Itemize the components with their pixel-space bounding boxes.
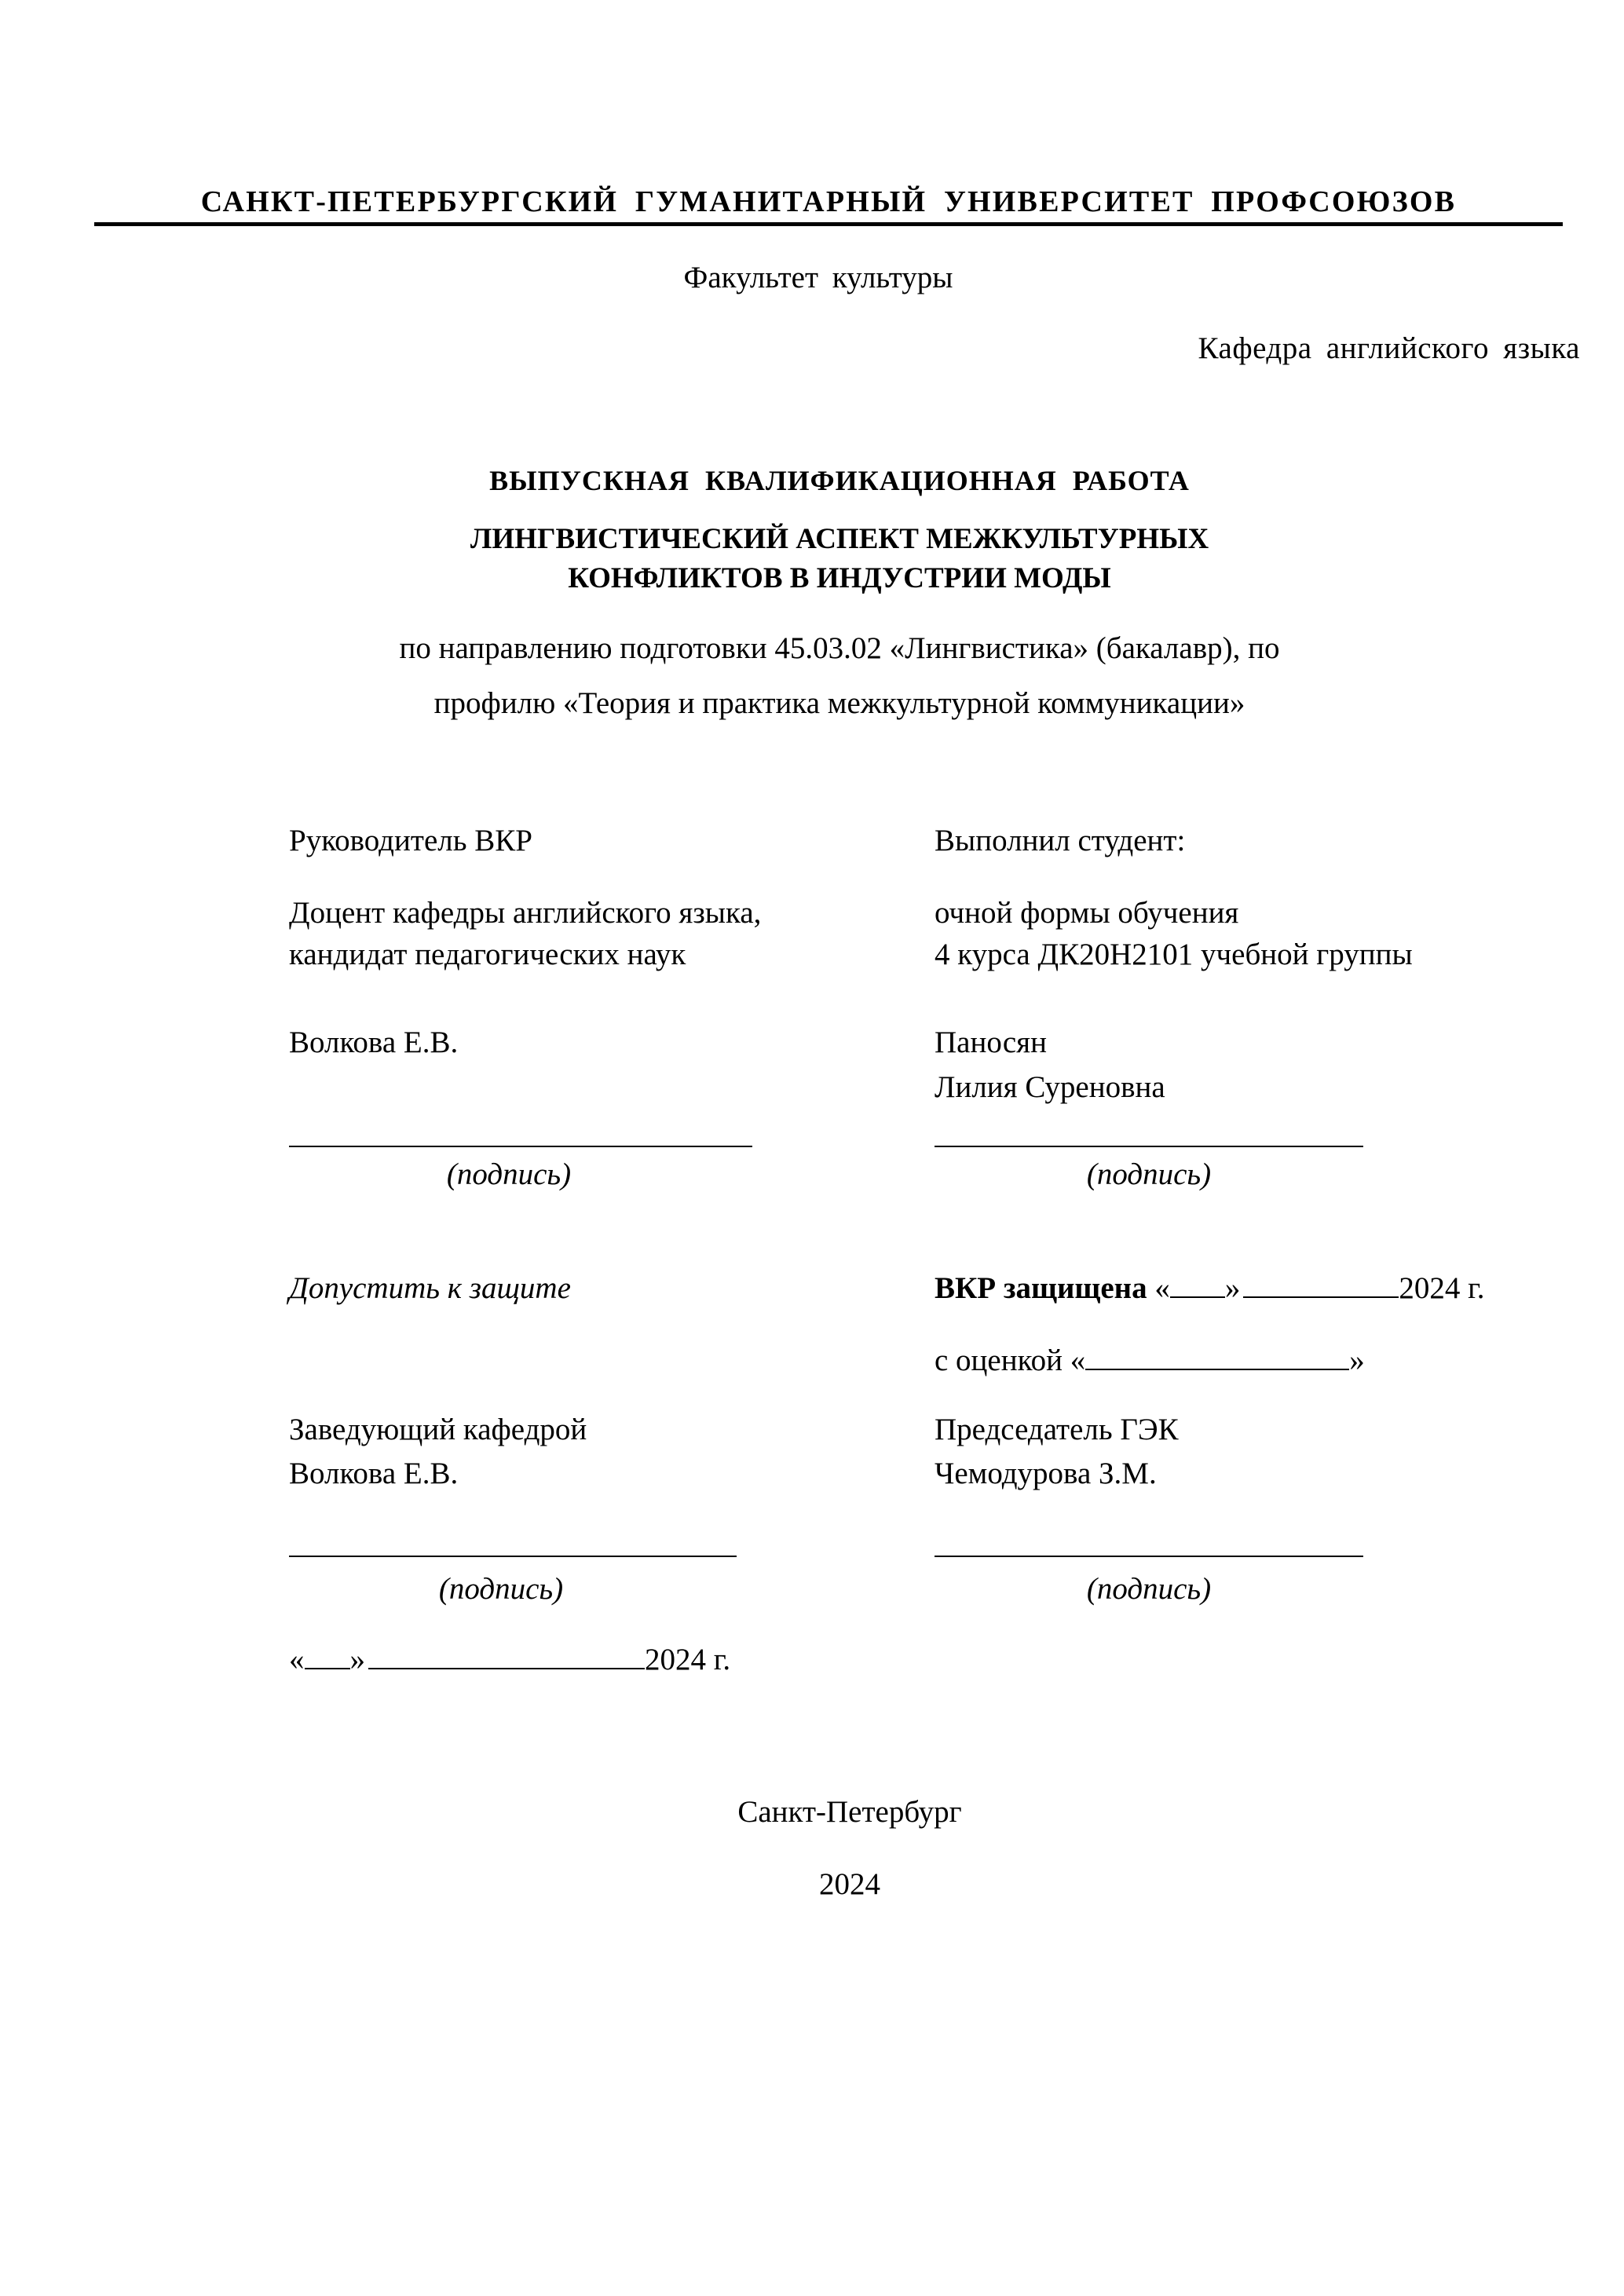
defense-year: 2024 г. bbox=[1399, 1271, 1484, 1305]
grade-suffix: » bbox=[1349, 1344, 1365, 1377]
gek-chair-name: Чемодурова З.М. bbox=[935, 1458, 1157, 1489]
student-heading: Выполнил студент: bbox=[935, 825, 1185, 856]
study-direction-line-2: профилю «Теория и практика межкультурной… bbox=[0, 688, 1624, 718]
defense-day-blank[interactable] bbox=[1170, 1273, 1225, 1298]
defense-close-quote: » bbox=[1225, 1271, 1241, 1305]
grade-prefix: с оценкой « bbox=[935, 1344, 1085, 1377]
department-head-signature-line bbox=[289, 1556, 737, 1557]
admission-date-year: 2024 г. bbox=[645, 1643, 730, 1676]
department-head-signature-caption: (подпись) bbox=[289, 1574, 713, 1604]
admission-date: «»2024 г. bbox=[289, 1644, 730, 1675]
student-signature-line bbox=[935, 1146, 1363, 1147]
student-given-names: Лилия Суреновна bbox=[935, 1072, 1165, 1102]
defense-label: ВКР защищена bbox=[935, 1271, 1147, 1305]
grade-blank[interactable] bbox=[1085, 1345, 1349, 1370]
faculty-name: Факультет культуры bbox=[0, 262, 1624, 293]
supervisor-position-line-1: Доцент кафедры английского языка, bbox=[289, 898, 761, 928]
supervisor-signature-line bbox=[289, 1146, 752, 1147]
gek-chair-signature-caption: (подпись) bbox=[935, 1574, 1363, 1604]
admission-date-close-quote: » bbox=[350, 1643, 366, 1676]
student-info-line-2: 4 курса ДК20Н2101 учебной группы bbox=[935, 939, 1413, 970]
thesis-topic-line-2: КОНФЛИКТОВ В ИНДУСТРИИ МОДЫ bbox=[0, 564, 1624, 593]
defense-open-quote: « bbox=[1154, 1271, 1170, 1305]
university-name: САНКТ-ПЕТЕРБУРГСКИЙ ГУМАНИТАРНЫЙ УНИВЕРС… bbox=[94, 187, 1563, 217]
footer-year: 2024 bbox=[0, 1869, 1624, 1899]
gek-chair-signature-line bbox=[935, 1556, 1363, 1557]
study-direction-line-1: по направлению подготовки 45.03.02 «Линг… bbox=[0, 633, 1624, 664]
admission-day-blank[interactable] bbox=[305, 1644, 350, 1669]
supervisor-signature-caption: (подпись) bbox=[289, 1159, 729, 1190]
thesis-topic-line-1: ЛИНГВИСТИЧЕСКИЙ АСПЕКТ МЕЖКУЛЬТУРНЫХ bbox=[0, 525, 1624, 554]
supervisor-name: Волкова Е.В. bbox=[289, 1027, 458, 1058]
gek-chair-title: Председатель ГЭК bbox=[935, 1414, 1179, 1445]
header-rule bbox=[94, 222, 1563, 226]
defense-date: ВКР защищена «»2024 г. bbox=[935, 1273, 1485, 1303]
student-info-line-1: очной формы обучения bbox=[935, 898, 1238, 928]
work-type-title: ВЫПУСКНАЯ КВАЛИФИКАЦИОННАЯ РАБОТА bbox=[0, 466, 1624, 495]
admission-date-open-quote: « bbox=[289, 1643, 305, 1676]
student-signature-caption: (подпись) bbox=[935, 1159, 1363, 1190]
supervisor-position-line-2: кандидат педагогических наук bbox=[289, 939, 686, 970]
department-head-name: Волкова Е.В. bbox=[289, 1458, 458, 1489]
department-name: Кафедра английского языка bbox=[1198, 333, 1580, 364]
supervisor-heading: Руководитель ВКР bbox=[289, 825, 532, 856]
student-surname: Паносян bbox=[935, 1027, 1047, 1058]
department-head-title: Заведующий кафедрой bbox=[289, 1414, 587, 1445]
footer-city: Санкт-Петербург bbox=[0, 1797, 1624, 1827]
defense-month-blank[interactable] bbox=[1243, 1273, 1399, 1298]
admission-label: Допустить к защите bbox=[289, 1273, 571, 1303]
admission-month-blank[interactable] bbox=[368, 1644, 645, 1669]
defense-grade: с оценкой «» bbox=[935, 1345, 1365, 1376]
